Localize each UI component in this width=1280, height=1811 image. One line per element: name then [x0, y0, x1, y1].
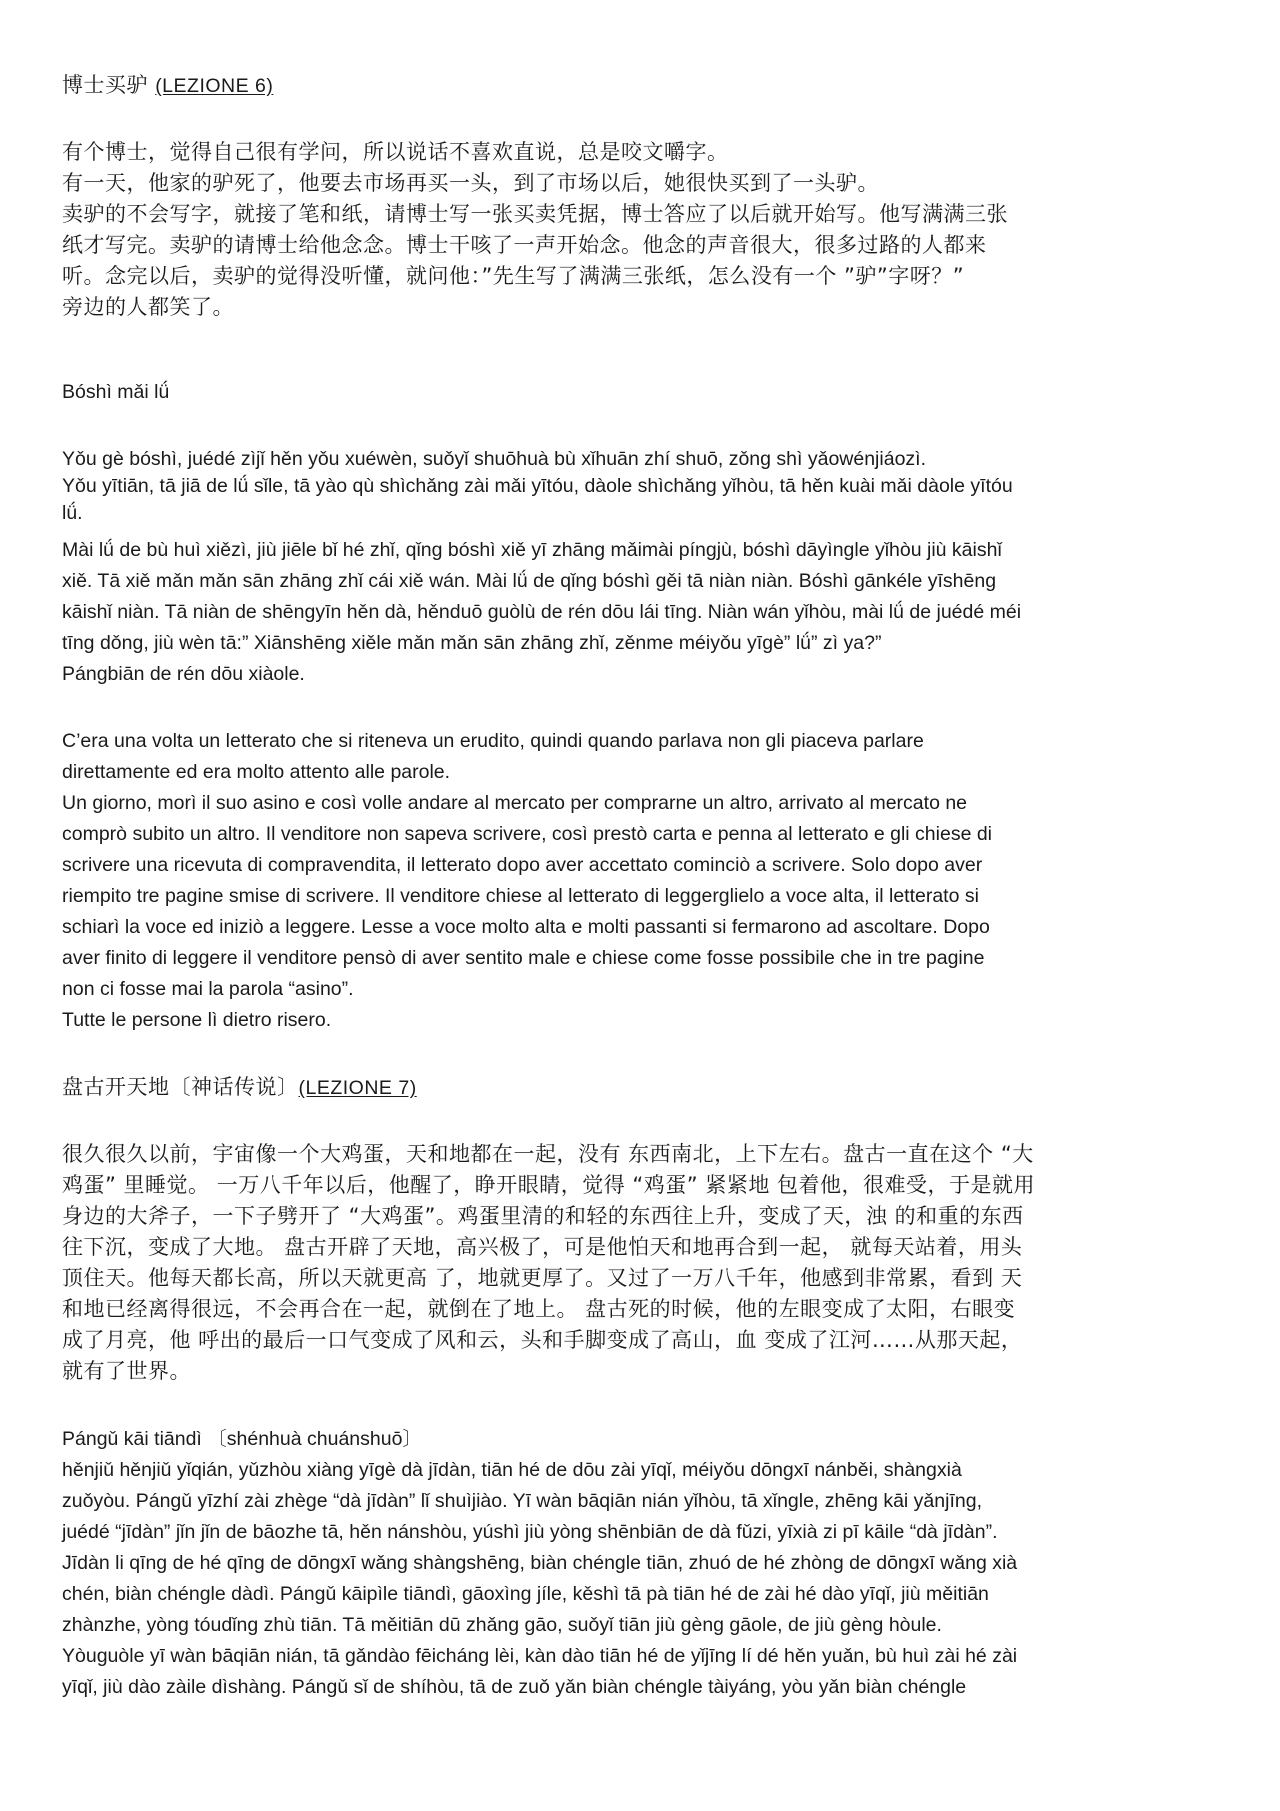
lesson7-chinese-line: 顶住天。他每天都长高，所以天就更高 了，地就更厚了。又过了一万八千年，他感到非常…	[62, 1265, 1022, 1291]
lesson7-chinese-line: 成了月亮，他 呼出的最后一口气变成了风和云，头和手脚变成了高山，血 变成了江河……	[62, 1327, 1022, 1353]
lesson6-italian-line: C’era una volta un letterato che si rite…	[62, 728, 924, 754]
lesson6-heading: 博士买驴 (LEZIONE 6)	[62, 72, 273, 99]
lesson6-chinese-line: 有个博士，觉得自己很有学问，所以说话不喜欢直说，总是咬文嚼字。	[62, 139, 729, 165]
lesson6-pinyin-line: Yǒu gè bóshì, juédé zìjǐ hěn yǒu xuéwèn,…	[62, 446, 926, 472]
lesson6-italian-line: riempito tre pagine smise di scrivere. I…	[62, 883, 979, 909]
lesson7-chinese-line: 就有了世界。	[62, 1358, 191, 1384]
lesson7-heading: 盘古开天地〔神话传说〕(LEZIONE 7)	[62, 1074, 417, 1101]
lesson6-tag: (LEZIONE 6)	[155, 75, 273, 97]
lesson6-italian-line: Un giorno, morì il suo asino e così voll…	[62, 790, 967, 816]
lesson7-chinese-line: 鸡蛋” 里睡觉。 一万八千年以后，他醒了，睁开眼睛，觉得 “鸡蛋” 紧紧地 包着…	[62, 1172, 1035, 1198]
lesson6-pinyin-line: Mài lǘ de bù huì xiězì, jiù jiēle bǐ hé …	[62, 537, 1002, 563]
lesson6-title-chinese: 博士买驴	[62, 73, 155, 97]
lesson6-italian-line: comprò subito un altro. Il venditore non…	[62, 821, 992, 847]
lesson7-pinyin-line: zuǒyòu. Pángǔ yīzhí zài zhège “dà jīdàn”…	[62, 1488, 982, 1514]
lesson7-pinyin-line: chén, biàn chéngle dàdì. Pángǔ kāipìle t…	[62, 1581, 989, 1607]
lesson7-chinese-line: 往下沉，变成了大地。 盘古开辟了天地，高兴极了，可是他怕天和地再合到一起， 就每…	[62, 1234, 1022, 1260]
lesson7-tag: (LEZIONE 7)	[299, 1077, 417, 1099]
lesson6-pinyin-line: Yǒu yītiān, tā jiā de lǘ sǐle, tā yào qù…	[62, 473, 1013, 499]
lesson6-italian-line: non ci fosse mai la parola “asino”.	[62, 976, 354, 1002]
lesson6-chinese-line: 听。念完以后，卖驴的觉得没听懂，就问他：”先生写了满满三张纸，怎么没有一个 ”驴…	[62, 263, 964, 289]
lesson6-pinyin-line: Pángbiān de rén dōu xiàole.	[62, 661, 305, 687]
lesson7-pinyin-title: Pángǔ kāi tiāndì 〔shénhuà chuánshuō〕	[62, 1426, 422, 1452]
lesson7-chinese-line: 身边的大斧子，一下子劈开了 “大鸡蛋”。鸡蛋里清的和轻的东西往上升，变成了天，浊…	[62, 1203, 1024, 1229]
lesson6-pinyin-line: xiě. Tā xiě mǎn mǎn sān zhāng zhǐ cái xi…	[62, 568, 996, 594]
lesson7-pinyin-line: Yòuguòle yī wàn bāqiān nián, tā gǎndào f…	[62, 1643, 1017, 1669]
lesson7-pinyin-line: hěnjiǔ hěnjiǔ yǐqián, yǔzhòu xiàng yīgè …	[62, 1457, 962, 1483]
lesson6-chinese-line: 有一天，他家的驴死了，他要去市场再买一头，到了市场以后，她很快买到了一头驴。	[62, 170, 879, 196]
lesson7-pinyin-line: zhànzhe, yòng tóudǐng zhù tiān. Tā měiti…	[62, 1612, 942, 1638]
lesson6-italian-line: schiarì la voce ed iniziò a leggere. Les…	[62, 914, 990, 940]
lesson6-italian-line: direttamente ed era molto attento alle p…	[62, 759, 450, 785]
lesson7-chinese-line: 很久很久以前，宇宙像一个大鸡蛋，天和地都在一起，没有 东西南北，上下左右。盘古一…	[62, 1141, 1034, 1167]
lesson6-pinyin-line: lǘ.	[62, 500, 83, 526]
lesson6-chinese-line: 纸才写完。卖驴的请博士给他念念。博士干咳了一声开始念。他念的声音很大，很多过路的…	[62, 232, 987, 258]
document-page: 博士买驴 (LEZIONE 6) 有个博士，觉得自己很有学问，所以说话不喜欢直说…	[0, 0, 1280, 1811]
lesson7-pinyin-line: Jīdàn li qīng de hé qīng de dōngxī wǎng …	[62, 1550, 1017, 1576]
lesson7-pinyin-line: juédé “jīdàn” jǐn jǐn de bāozhe tā, hěn …	[62, 1519, 998, 1545]
lesson7-chinese-line: 和地已经离得很远，不会再合在一起，就倒在了地上。 盘古死的时候，他的左眼变成了太…	[62, 1296, 1015, 1322]
lesson6-italian-line: Tutte le persone lì dietro risero.	[62, 1007, 331, 1033]
lesson6-italian-line: aver finito di leggere il venditore pens…	[62, 945, 984, 971]
lesson6-chinese-line: 旁边的人都笑了。	[62, 294, 234, 320]
lesson6-chinese-line: 卖驴的不会写字，就接了笔和纸，请博士写一张买卖凭据，博士答应了以后就开始写。他写…	[62, 201, 1008, 227]
lesson6-pinyin-title: Bóshì mǎi lǘ	[62, 379, 169, 405]
lesson7-title-chinese: 盘古开天地〔神话传说〕	[62, 1075, 299, 1099]
lesson6-pinyin-line: kāishǐ niàn. Tā niàn de shēngyīn hěn dà,…	[62, 599, 1021, 625]
lesson6-italian-line: scrivere una ricevuta di compravendita, …	[62, 852, 982, 878]
lesson7-pinyin-line: yīqǐ, jiù dào zàile dìshàng. Pángǔ sǐ de…	[62, 1674, 966, 1700]
lesson6-pinyin-line: tīng dǒng, jiù wèn tā:” Xiānshēng xiěle …	[62, 630, 881, 656]
